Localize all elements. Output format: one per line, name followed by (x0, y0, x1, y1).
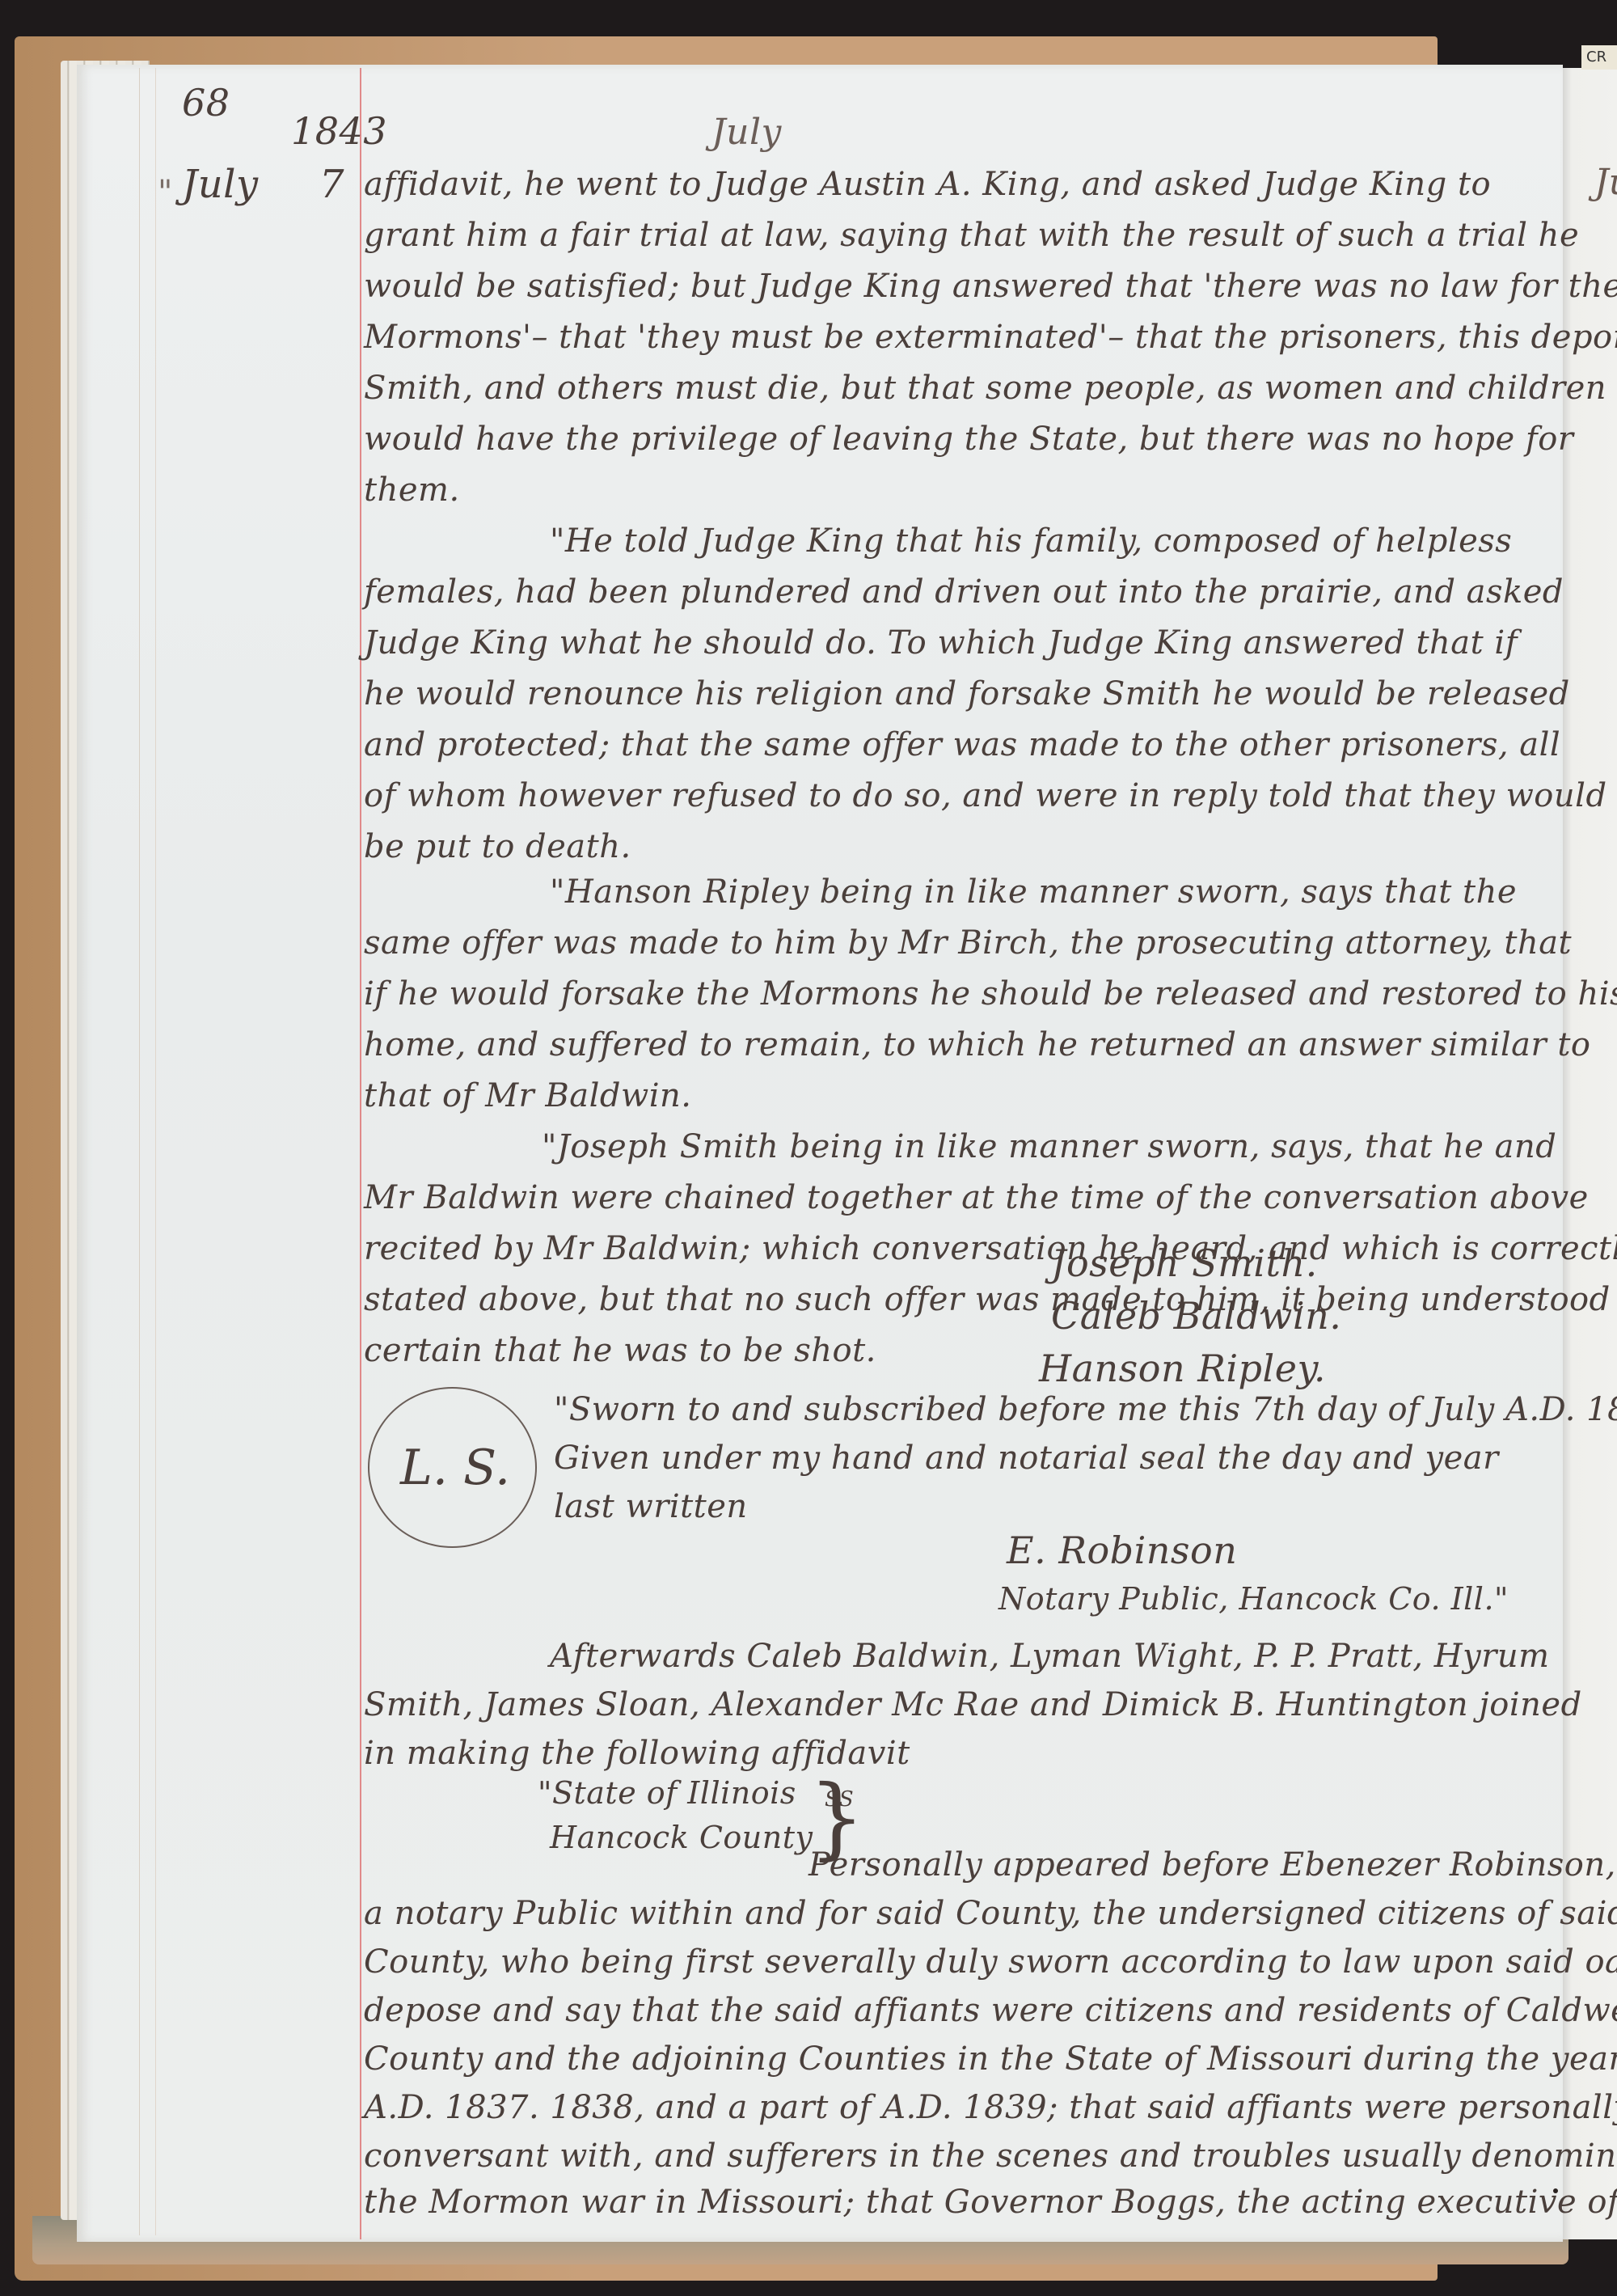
text-line: stated above, but that no such offer was… (364, 1281, 1617, 1318)
signature-joseph-smith: Joseph Smith. (1051, 1241, 1318, 1285)
text-line: grant him a fair trial at law, saying th… (364, 217, 1579, 254)
column-rule (155, 68, 156, 2235)
ditto-mark: " (158, 174, 173, 211)
red-margin-line (360, 68, 361, 2239)
text-line: that of Mr Baldwin. (364, 1077, 692, 1114)
venue-county: Hancock County (550, 1820, 813, 1855)
page-number: 68 (182, 81, 230, 125)
next-page-partial-text: Ju (1594, 162, 1617, 203)
year-heading: 1843 (291, 109, 387, 153)
text-line: same offer was made to him by Mr Birch, … (364, 924, 1572, 962)
text-line: of whom however refused to do so, and we… (364, 777, 1607, 814)
text-line: them. (364, 471, 460, 509)
notary-signature: E. Robinson (1007, 1529, 1237, 1572)
text-line: affidavit, he went to Judge Austin A. Ki… (364, 166, 1491, 203)
signature-caleb-baldwin: Caleb Baldwin. (1051, 1294, 1341, 1338)
next-page-tab: CR (1581, 45, 1617, 70)
text-line: home, and suffered to remain, to which h… (364, 1026, 1591, 1063)
text-line: females, had been plundered and driven o… (364, 573, 1564, 611)
jurat-line: last written (554, 1488, 748, 1525)
text-line: would have the privilege of leaving the … (364, 421, 1573, 458)
date-day: 7 (319, 162, 344, 207)
column-rule (139, 68, 140, 2235)
text-line: County and the adjoining Counties in the… (364, 2040, 1617, 2078)
text-line: certain that he was to be shot. (364, 1332, 876, 1369)
text-line: and protected; that the same offer was m… (364, 726, 1560, 763)
text-line: recited by Mr Baldwin; which conversatio… (364, 1230, 1617, 1267)
text-line: "He told Judge King that his family, com… (550, 522, 1512, 560)
text-line: "Joseph Smith being in like manner sworn… (542, 1128, 1556, 1165)
text-line: if he would forsake the Mormons he shoul… (364, 975, 1617, 1013)
venue-state: "State of Illinois (538, 1775, 796, 1811)
text-line: conversant with, and sufferers in the sc… (364, 2137, 1617, 2175)
jurat-line: Given under my hand and notarial seal th… (554, 1440, 1499, 1477)
text-line: Personally appeared before Ebenezer Robi… (808, 1846, 1616, 1884)
text-line: Afterwards Caleb Baldwin, Lyman Wight, P… (550, 1638, 1550, 1675)
text-line: would be satisfied; but Judge King answe… (364, 268, 1617, 305)
text-line: a notary Public within and for said Coun… (364, 1895, 1617, 1932)
text-line: Mormons'– that 'they must be exterminate… (364, 319, 1617, 356)
jurat-line: "Sworn to and subscribed before me this … (554, 1391, 1617, 1428)
ink-spot (1553, 2188, 1558, 2193)
text-line: be put to death. (364, 828, 631, 865)
notary-title: Notary Public, Hancock Co. Ill." (998, 1581, 1509, 1617)
date-month: July (182, 162, 259, 207)
text-line: depose and say that the said affiants we… (364, 1992, 1617, 2029)
text-line: County, who being first severally duly s… (364, 1943, 1617, 1981)
text-line: Smith, James Sloan, Alexander Mc Rae and… (364, 1686, 1582, 1723)
running-header-month: July (711, 112, 782, 153)
signature-hanson-ripley: Hanson Ripley. (1039, 1347, 1326, 1390)
text-line: A.D. 1837. 1838, and a part of A.D. 1839… (364, 2089, 1617, 2126)
text-line: "Hanson Ripley being in like manner swor… (550, 873, 1517, 911)
seal-label: L. S. (400, 1440, 510, 1496)
text-line: he would renounce his religion and forsa… (364, 675, 1570, 712)
text-line: the Mormon war in Missouri; that Governo… (364, 2184, 1617, 2221)
text-line: Judge King what he should do. To which J… (364, 624, 1518, 662)
venue-ss: SS (825, 1787, 854, 1812)
text-line: Mr Baldwin were chained together at the … (364, 1179, 1589, 1216)
text-line: Smith, and others must die, but that som… (364, 370, 1606, 407)
